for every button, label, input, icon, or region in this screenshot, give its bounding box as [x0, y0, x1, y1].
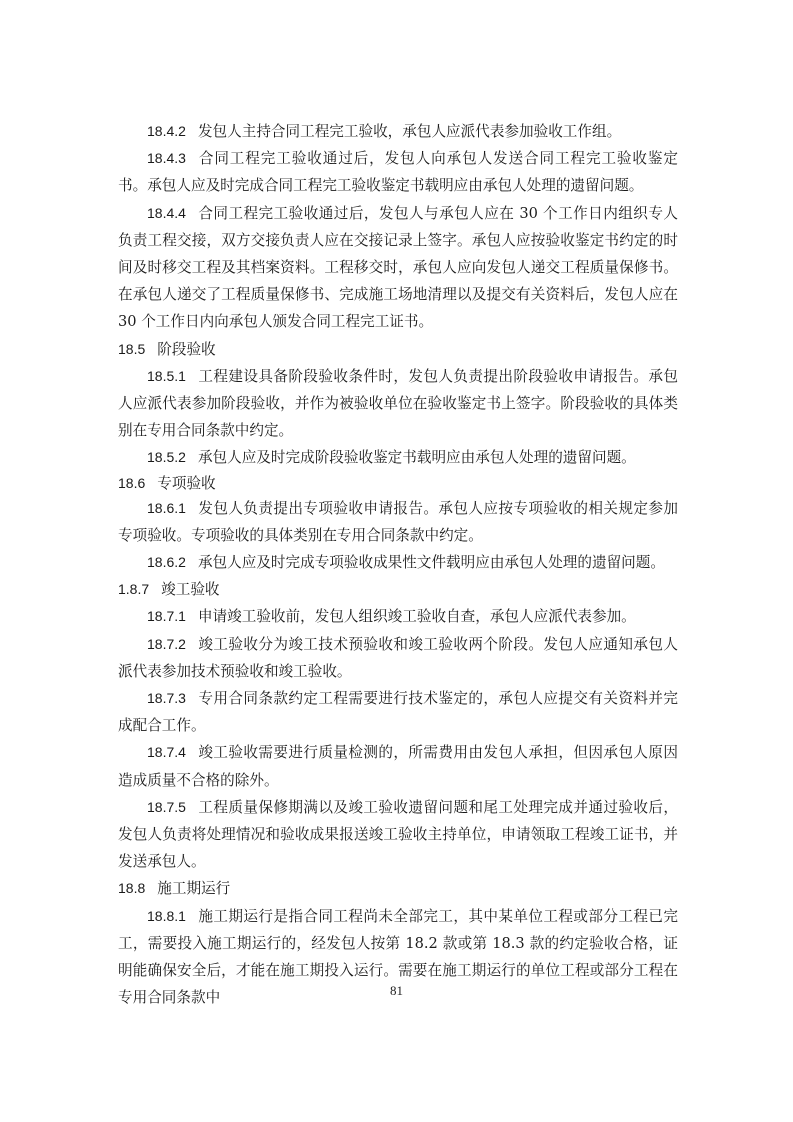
clause-18-4-3: 18.4.3合同工程完工验收通过后，发包人向承包人发送合同工程完工验收鉴定书。承… — [118, 145, 678, 199]
page-number: 81 — [0, 983, 793, 999]
section-heading-18-7: 1.8.7竣工验收 — [118, 576, 678, 603]
clause-18-7-3: 18.7.3专用合同条款约定工程需要进行技术鉴定的，承包人应提交有关资料并完成配… — [118, 685, 678, 739]
section-heading-18-5: 18.5阶段验收 — [118, 336, 678, 363]
section-heading-18-8: 18.8施工期运行 — [118, 875, 678, 902]
clause-18-6-1: 18.6.1发包人负责提出专项验收申请报告。承包人应按专项验收的相关规定参加专项… — [118, 495, 678, 549]
clause-18-5-2: 18.5.2承包人应及时完成阶段验收鉴定书载明应由承包人处理的遗留问题。 — [118, 444, 678, 471]
clause-18-7-5: 18.7.5工程质量保修期满以及竣工验收遗留问题和尾工处理完成并通过验收后，发包… — [118, 794, 678, 876]
clause-18-6-2: 18.6.2承包人应及时完成专项验收成果性文件载明应由承包人处理的遗留问题。 — [118, 549, 678, 576]
clause-18-4-4: 18.4.4合同工程完工验收通过后，发包人与承包人应在 30 个工作日内组织专人… — [118, 200, 678, 336]
clause-18-7-1: 18.7.1申请竣工验收前，发包人组织竣工验收自查，承包人应派代表参加。 — [118, 603, 678, 630]
clause-18-4-2: 18.4.2发包人主持合同工程完工验收，承包人应派代表参加验收工作组。 — [118, 118, 678, 145]
clause-18-7-4: 18.7.4竣工验收需要进行质量检测的，所需费用由发包人承担，但因承包人原因造成… — [118, 739, 678, 793]
clause-18-5-1: 18.5.1工程建设具备阶段验收条件时，发包人负责提出阶段验收申请报告。承包人应… — [118, 363, 678, 445]
document-page: 18.4.2发包人主持合同工程完工验收，承包人应派代表参加验收工作组。 18.4… — [118, 118, 678, 1012]
section-heading-18-6: 18.6专项验收 — [118, 472, 678, 495]
clause-18-7-2: 18.7.2竣工验收分为竣工技术预验收和竣工验收两个阶段。发包人应通知承包人派代… — [118, 631, 678, 685]
